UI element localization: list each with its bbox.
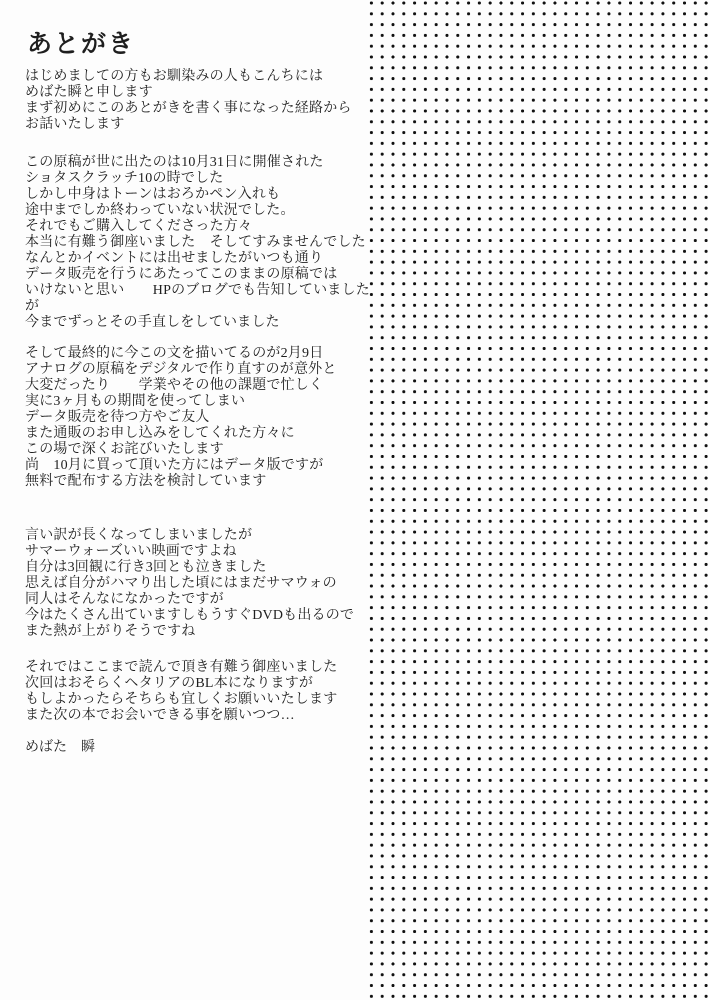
paragraph-summer-wars: 言い訳が長くなってしまいましたが サマーウォーズいい映画ですよね 自分は3回観に… (25, 528, 373, 640)
afterword-text-column: あとがき はじめましての方もお馴染みの人もこんちには めばた瞬と申します まず初… (25, 0, 373, 756)
paragraph-greeting: はじめましての方もお馴染みの人もこんちには めばた瞬と申します まず初めにこのあ… (25, 69, 373, 133)
author-signature: めばた 瞬 (25, 740, 373, 756)
paragraph-closing: それではここまで読んで頂き有難う御座いました 次回はおそらくヘタリアのBL本にな… (25, 660, 373, 724)
screentone-dot-pattern (366, 0, 708, 1000)
paragraph-event-history: この原稿が世に出たのは10月31日に開催された ショタスクラッチ10の時でした … (25, 155, 373, 331)
page-title: あとがき (27, 30, 373, 60)
paragraph-revision-apology: そして最終的に今この文を描いてるのが2月9日 アナログの原稿をデジタルで作り直す… (25, 346, 373, 490)
afterword-page: あとがき はじめましての方もお馴染みの人もこんちには めばた瞬と申します まず初… (0, 0, 708, 1000)
